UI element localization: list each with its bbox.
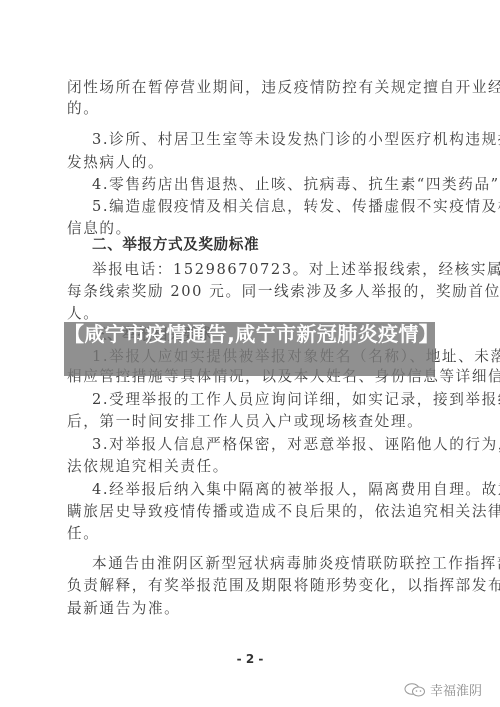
text-line: 每条线索奖励 200 元。同一线索涉及多人举报的，奖励首位举报	[67, 283, 500, 301]
text-line: 闭性场所在暂停营业期间，违反疫情防控有关规定擅自开业经营	[67, 79, 500, 97]
text-line: 发热病人的。	[67, 154, 164, 172]
text-line: 举报电话：15298670723。对上述举报线索，经核实属实的，	[92, 261, 500, 279]
watermark: 幸福淮阴	[404, 680, 482, 699]
text-line: 负责解释，有奖举报范围及期限将随形势变化，以指挥部发布的	[67, 577, 500, 595]
text-line: 2.受理举报的工作人员应询问详细，如实记录，接到举报线索	[92, 391, 500, 409]
watermark-label: 幸福淮阴	[430, 680, 482, 699]
text-line: 最新通告为准。	[67, 600, 180, 618]
text-line: 后，第一时间安排工作人员入户或现场核查处理。	[67, 413, 423, 431]
page-number: - 2 -	[0, 652, 500, 666]
text-line: 人。	[67, 305, 99, 323]
section-heading: 二、举报方式及奖励标准	[92, 236, 259, 254]
text-line: 的。	[67, 100, 99, 118]
text-line: 本通告由淮阴区新型冠状病毒肺炎疫情联防联控工作指挥部	[92, 555, 500, 573]
text-line: 3.对举报人信息严格保密，对恶意举报、诬陷他人的行为，依	[92, 436, 500, 454]
banner-title: 【咸宁市疫情通告,咸宁市新冠肺炎疫情】	[64, 322, 435, 347]
text-line: 4.零售药店出售退热、止咳、抗病毒、抗生素“四类药品”的。	[92, 176, 500, 194]
text-line: 4.经举报后纳入集中隔离的被举报人，隔离费用自理。故意隐	[92, 481, 500, 499]
text-line: 瞒旅居史导致疫情传播或造成不良后果的，依法追究相关法律责	[67, 503, 500, 521]
text-line: 3.诊所、村居卫生室等未设发热门诊的小型医疗机构违规接诊	[92, 131, 500, 149]
text-line: 法依规追究相关责任。	[67, 458, 229, 476]
text-line: 任。	[67, 525, 99, 543]
text-line: 5.编造虚假疫情及相关信息，转发、传播虚假不实疫情及相关	[92, 198, 500, 216]
wechat-icon	[404, 683, 426, 697]
